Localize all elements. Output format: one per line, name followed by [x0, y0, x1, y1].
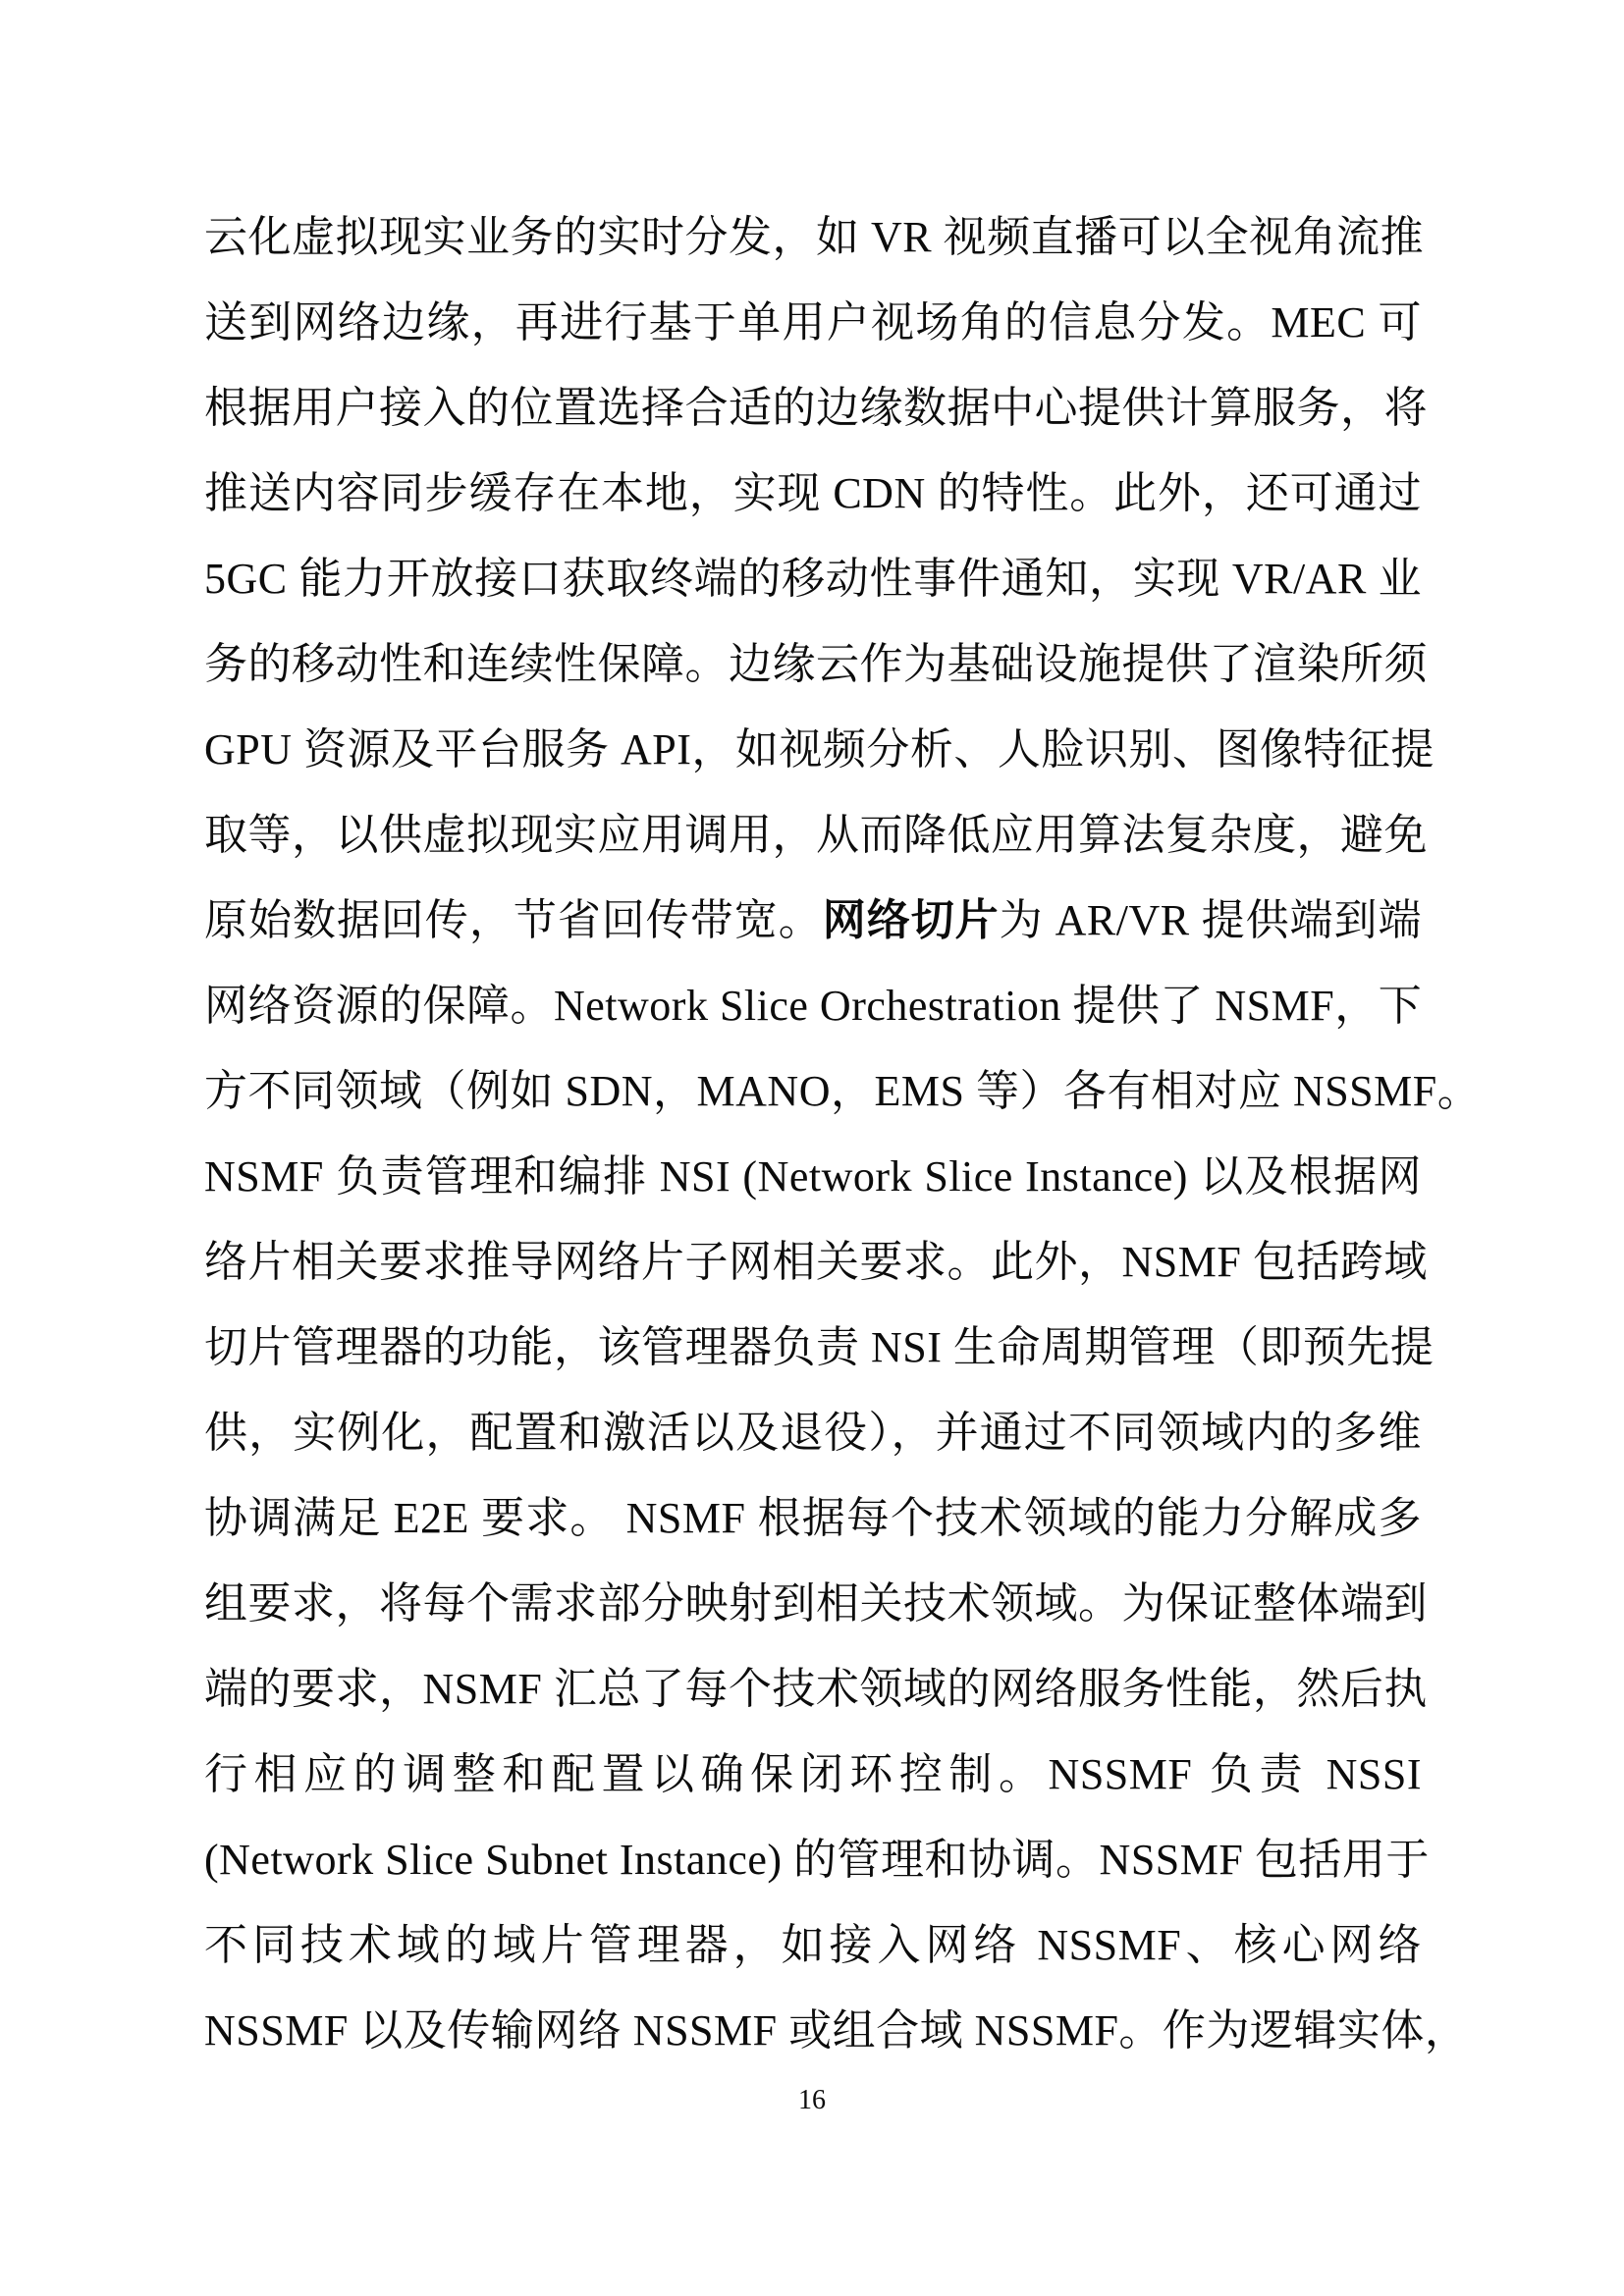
text-segment: 原始数据回传，节省回传带宽。 — [204, 896, 823, 944]
text-line: 切片管理器的功能，该管理器负责 NSI 生命周期管理（即预先提 — [204, 1305, 1422, 1390]
paragraph-text: 云化虚拟现实业务的实时分发，如 VR 视频直播可以全视角流推送到网络边缘，再进行… — [204, 194, 1422, 2073]
text-line: 方不同领域（例如 SDN，MANO，EMS 等）各有相对应 NSSMF。 — [204, 1048, 1422, 1134]
text-line: 供，实例化，配置和激活以及退役），并通过不同领域内的多维 — [204, 1390, 1422, 1475]
text-segment: 送到网络边缘，再进行基于单用户视场角的信息分发。MEC 可 — [204, 298, 1422, 347]
text-line: 推送内容同步缓存在本地，实现 CDN 的特性。此外，还可通过 — [204, 451, 1422, 536]
text-line: 送到网络边缘，再进行基于单用户视场角的信息分发。MEC 可 — [204, 280, 1422, 365]
text-line: NSMF 负责管理和编排 NSI (Network Slice Instance… — [204, 1134, 1422, 1219]
text-line: (Network Slice Subnet Instance) 的管理和协调。N… — [204, 1817, 1422, 1902]
text-line: 络片相关要求推导网络片子网相关要求。此外，NSMF 包括跨域 — [204, 1219, 1422, 1305]
text-segment: 务的移动性和连续性保障。边缘云作为基础设施提供了渲染所须 — [204, 640, 1428, 688]
text-line: GPU 资源及平台服务 API，如视频分析、人脸识别、图像特征提 — [204, 707, 1422, 792]
page-number: 16 — [0, 2085, 1624, 2116]
text-line: 务的移动性和连续性保障。边缘云作为基础设施提供了渲染所须 — [204, 621, 1422, 707]
text-segment: 切片管理器的功能，该管理器负责 NSI 生命周期管理（即预先提 — [204, 1323, 1434, 1371]
text-segment: NSMF 负责管理和编排 NSI (Network Slice Instance… — [204, 1152, 1422, 1201]
text-line: NSSMF 以及传输网络 NSSMF 或组合域 NSSMF。作为逻辑实体， — [204, 1988, 1422, 2073]
text-segment: 云化虚拟现实业务的实时分发，如 VR 视频直播可以全视角流推 — [204, 213, 1424, 261]
text-segment: NSSMF 以及传输网络 NSSMF 或组合域 NSSMF。作为逻辑实体， — [204, 2006, 1468, 2055]
text-line: 网络资源的保障。Network Slice Orchestration 提供了 … — [204, 963, 1422, 1048]
document-page: 云化虚拟现实业务的实时分发，如 VR 视频直播可以全视角流推送到网络边缘，再进行… — [0, 0, 1624, 2296]
text-line: 行相应的调整和配置以确保闭环控制。NSSMF 负责 NSSI — [204, 1732, 1422, 1817]
text-segment: 推送内容同步缓存在本地，实现 CDN 的特性。此外，还可通过 — [204, 469, 1422, 517]
text-segment: GPU 资源及平台服务 API，如视频分析、人脸识别、图像特征提 — [204, 725, 1435, 774]
text-segment: 取等，以供虚拟现实应用调用，从而降低应用算法复杂度，避免 — [204, 811, 1428, 859]
text-segment: 端的要求，NSMF 汇总了每个技术领域的网络服务性能，然后执 — [204, 1665, 1428, 1713]
text-segment: 供，实例化，配置和激活以及退役），并通过不同领域内的多维 — [204, 1409, 1422, 1457]
text-line: 根据用户接入的位置选择合适的边缘数据中心提供计算服务，将 — [204, 365, 1422, 451]
text-segment: 为 AR/VR 提供端到端 — [1000, 896, 1422, 944]
text-segment: 络片相关要求推导网络片子网相关要求。此外，NSMF 包括跨域 — [204, 1238, 1428, 1286]
text-line: 5GC 能力开放接口获取终端的移动性事件通知，实现 VR/AR 业 — [204, 536, 1422, 621]
text-segment: 根据用户接入的位置选择合适的边缘数据中心提供计算服务，将 — [204, 384, 1428, 432]
text-segment: 行相应的调整和配置以确保闭环控制。NSSMF 负责 NSSI — [204, 1750, 1422, 1798]
text-segment: 组要求，将每个需求部分映射到相关技术领域。为保证整体端到 — [204, 1579, 1428, 1628]
text-line: 原始数据回传，节省回传带宽。网络切片为 AR/VR 提供端到端 — [204, 878, 1422, 963]
text-segment: 方不同领域（例如 SDN，MANO，EMS 等）各有相对应 NSSMF。 — [204, 1067, 1481, 1115]
text-line: 协调满足 E2E 要求。 NSMF 根据每个技术领域的能力分解成多 — [204, 1475, 1422, 1561]
text-segment: 不同技术域的域片管理器，如接入网络 NSSMF、核心网络 — [204, 1921, 1422, 1969]
text-segment: 网络资源的保障。Network Slice Orchestration 提供了 … — [204, 982, 1422, 1030]
text-line: 不同技术域的域片管理器，如接入网络 NSSMF、核心网络 — [204, 1902, 1422, 1988]
text-line: 云化虚拟现实业务的实时分发，如 VR 视频直播可以全视角流推 — [204, 194, 1422, 280]
text-segment: 5GC 能力开放接口获取终端的移动性事件通知，实现 VR/AR 业 — [204, 555, 1422, 603]
text-line: 端的要求，NSMF 汇总了每个技术领域的网络服务性能，然后执 — [204, 1646, 1422, 1732]
text-line: 取等，以供虚拟现实应用调用，从而降低应用算法复杂度，避免 — [204, 792, 1422, 878]
bold-term: 网络切片 — [823, 896, 1000, 944]
text-segment: 协调满足 E2E 要求。 NSMF 根据每个技术领域的能力分解成多 — [204, 1494, 1422, 1542]
text-segment: (Network Slice Subnet Instance) 的管理和协调。N… — [204, 1836, 1430, 1884]
text-line: 组要求，将每个需求部分映射到相关技术领域。为保证整体端到 — [204, 1561, 1422, 1646]
